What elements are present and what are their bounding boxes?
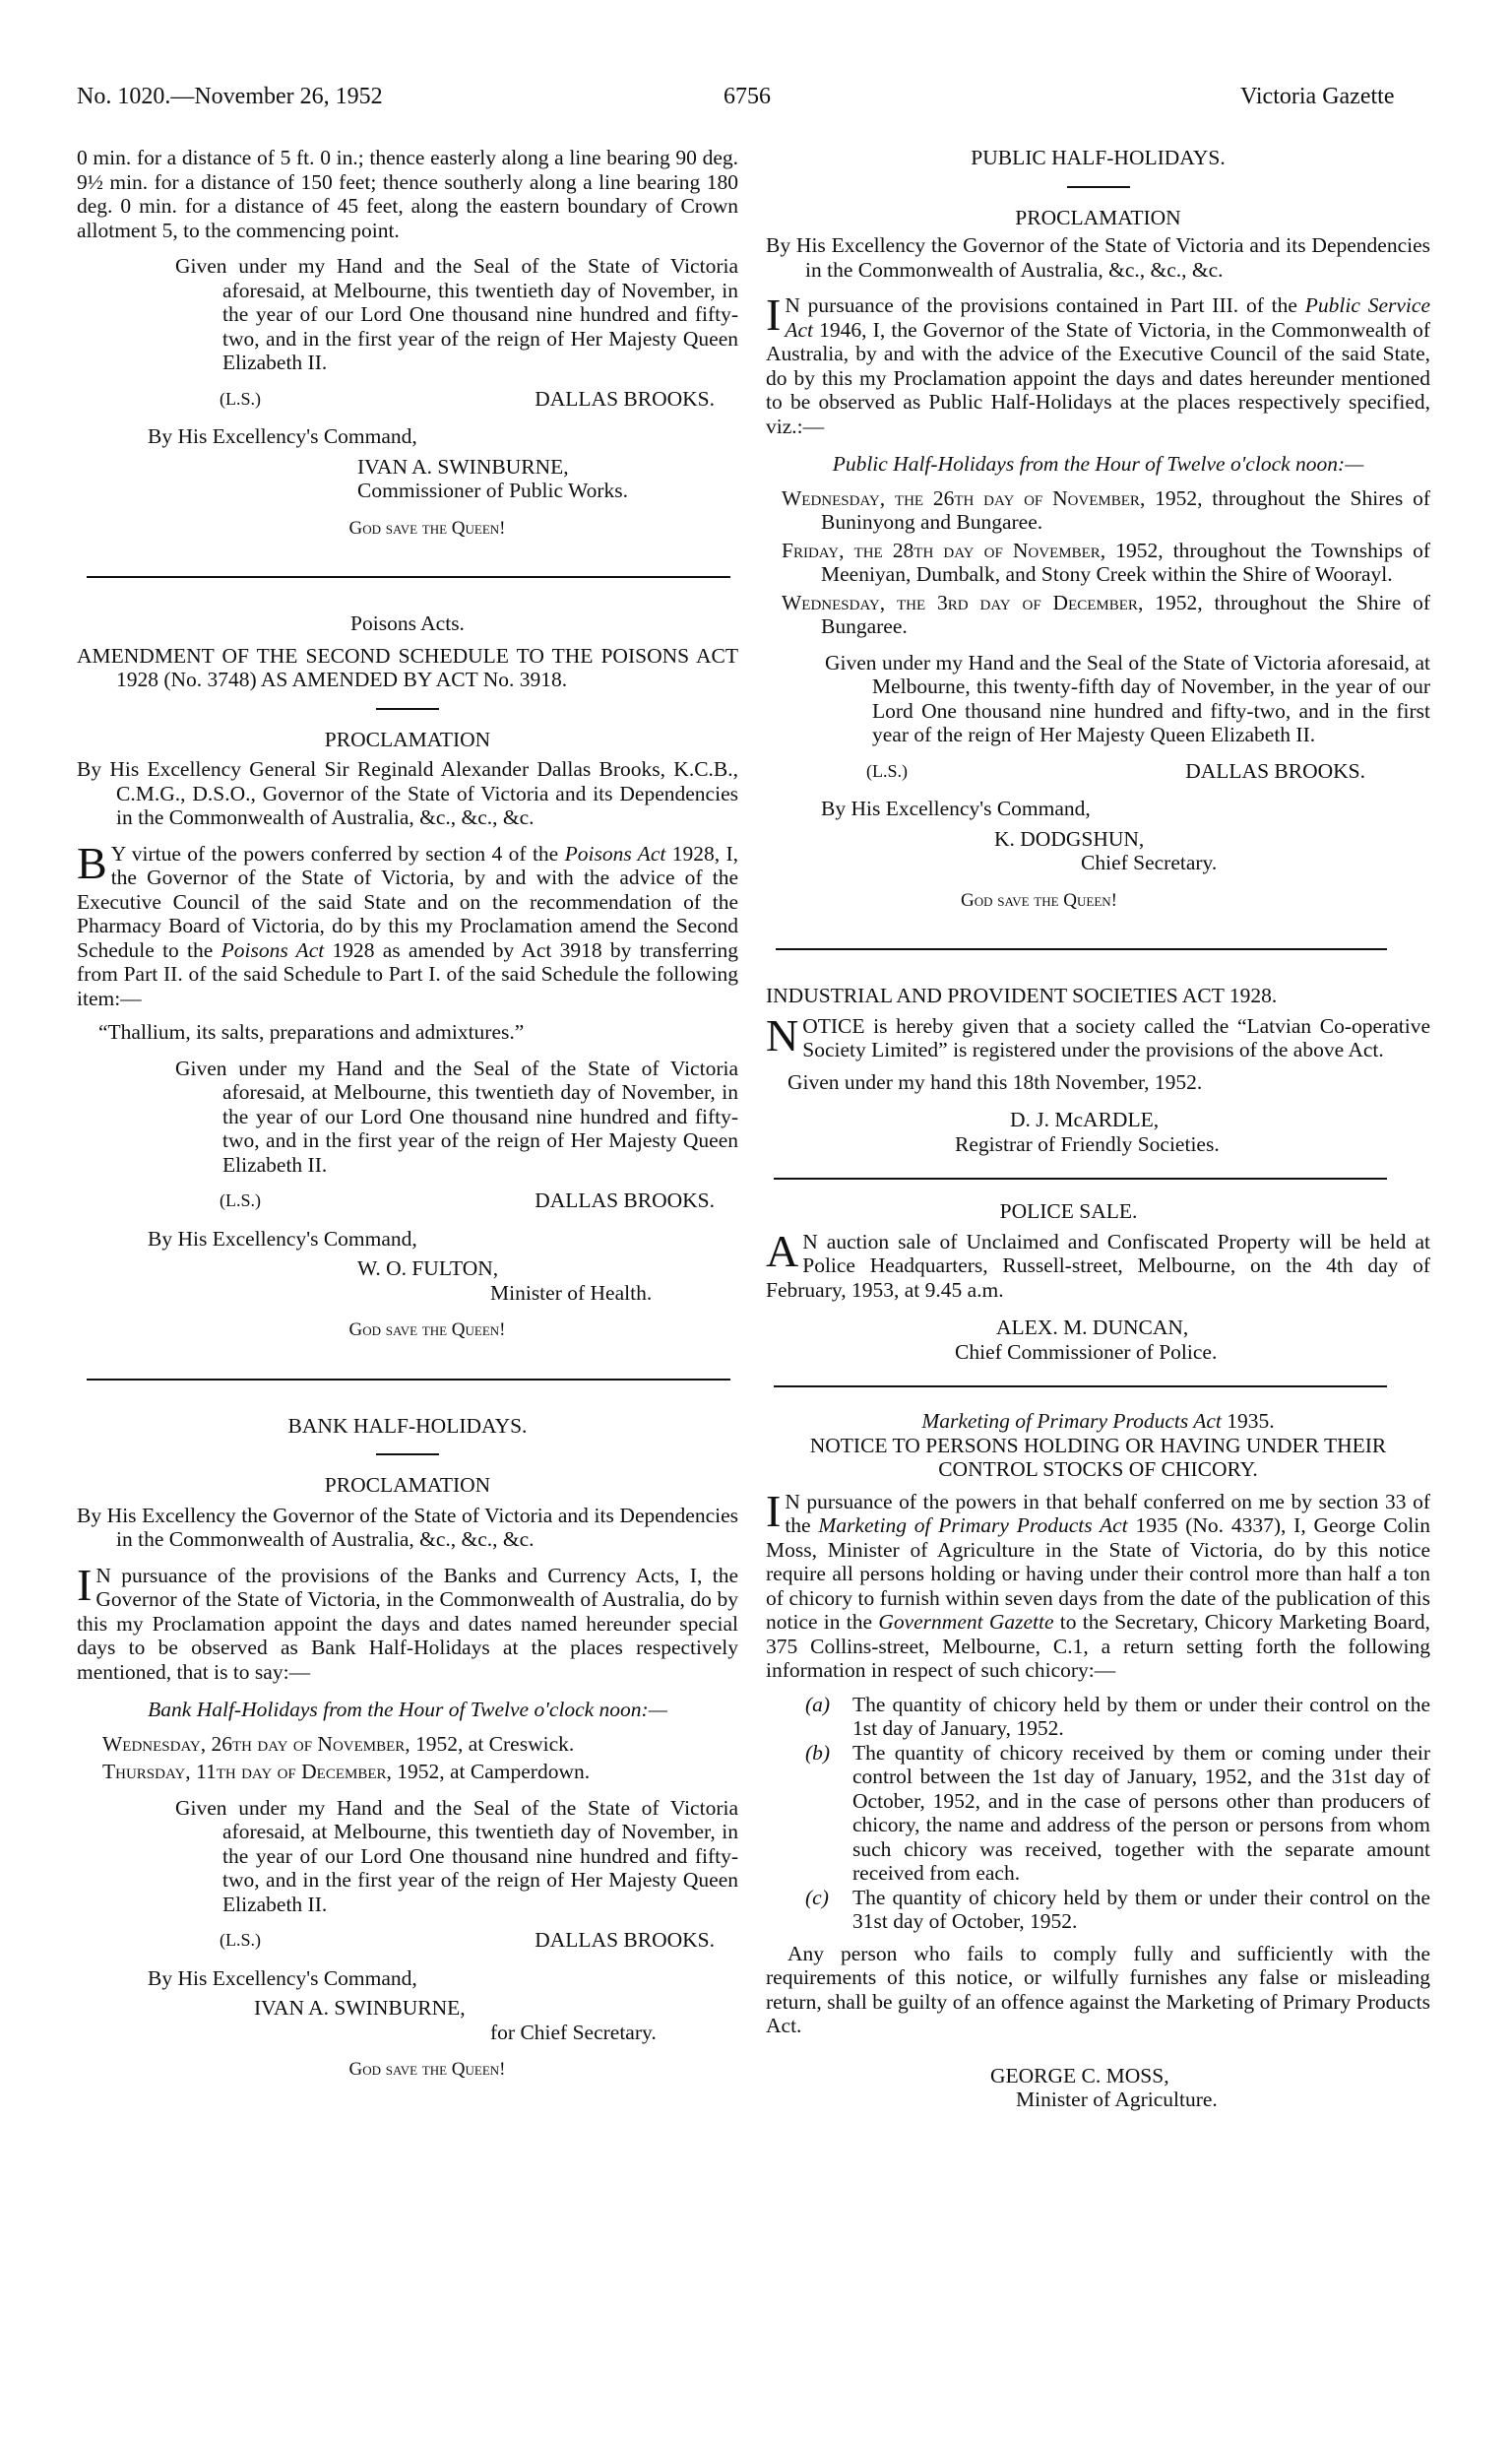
proclamation-heading: PROCLAMATION [77,728,738,752]
seal-mark: (L.S.) [220,1928,261,1953]
proclamation-body: BY virtue of the powers conferred by sec… [77,842,738,1011]
penalty-clause: Any person who fails to comply fully and… [766,1942,1430,2038]
command-line: By His Excellency's Command, [77,1966,738,1991]
proclamation-by: By His Excellency the Governor of the St… [77,1504,738,1552]
notice-title: BANK HALF-HOLIDAYS. [77,1414,738,1439]
information-list: (a)The quantity of chicory held by them … [766,1693,1430,1934]
signatory-name: K. DODGSHUN, [766,827,1430,852]
seal-mark: (L.S.) [220,387,261,412]
proclamation-heading: PROCLAMATION [77,1473,738,1498]
seal-mark: (L.S.) [866,759,908,784]
police-sale-notice: POLICE SALE. AN auction sale of Unclaime… [766,1199,1430,1364]
short-divider [376,708,439,710]
command-line: By His Excellency's Command, [77,424,738,449]
signatory-title: for Chief Secretary. [77,2021,738,2045]
notice-title: PUBLIC HALF-HOLIDAYS. [766,146,1430,170]
god-save-the-queen: God save the Queen! [77,2058,738,2083]
seal-line: (L.S.) DALLAS BROOKS. [77,1928,738,1953]
signatory-name: W. O. FULTON, [77,1256,738,1281]
page-number: 6756 [724,85,771,109]
drop-cap: A [766,1232,798,1271]
continuation-text: 0 min. for a distance of 5 ft. 0 in.; th… [77,146,738,242]
notice-title: AMENDMENT OF THE SECOND SCHEDULE TO THE … [77,644,738,692]
signatory-title: Chief Commissioner of Police. [766,1340,1430,1365]
drop-cap: N [766,1016,798,1056]
drop-cap: B [77,844,107,883]
signatory-title: Commissioner of Public Works. [77,479,738,503]
list-item: (b)The quantity of chicory received by t… [766,1741,1430,1886]
continued-notice: 0 min. for a distance of 5 ft. 0 in.; th… [77,146,738,541]
left-column: 0 min. for a distance of 5 ft. 0 in.; th… [77,146,738,2083]
list-item: (a)The quantity of chicory held by them … [766,1693,1430,1741]
god-save-the-queen: God save the Queen! [77,517,738,542]
holiday-entry: Wednesday, the 3rd day of December, 1952… [766,591,1430,639]
signatory-name: GEORGE C. MOSS, [766,2064,1430,2088]
given-clause: Given under my Hand and the Seal of the … [77,254,738,375]
seal-line: (L.S.) DALLAS BROOKS. [77,387,738,412]
section-divider [776,948,1387,950]
issue-header: No. 1020.—November 26, 1952 [77,85,383,109]
god-save-the-queen: God save the Queen! [766,889,1430,914]
proclamation-by: By His Excellency the Governor of the St… [766,233,1430,282]
notice-body: AN auction sale of Unclaimed and Confisc… [766,1230,1430,1303]
governor-signature: DALLAS BROOKS. [535,387,715,412]
section-divider [87,1379,730,1381]
section-divider [774,1178,1387,1180]
drop-cap: I [77,1566,92,1605]
holiday-entry: Friday, the 28th day of November, 1952, … [766,539,1430,587]
bank-half-holidays-notice: BANK HALF-HOLIDAYS. PROCLAMATION By His … [77,1414,738,2083]
notice-title: NOTICE TO PERSONS HOLDING OR HAVING UNDE… [766,1434,1430,1482]
governor-signature: DALLAS BROOKS. [535,1188,715,1213]
given-line: Given under my hand this 18th November, … [766,1070,1430,1095]
notice-title: INDUSTRIAL AND PROVIDENT SOCIETIES ACT 1… [766,984,1430,1008]
governor-signature: DALLAS BROOKS. [1185,759,1365,784]
notice-title: POLICE SALE. [766,1199,1430,1224]
given-clause: Given under my Hand and the Seal of the … [77,1057,738,1178]
chicory-notice: Marketing of Primary Products Act 1935. … [766,1409,1430,2112]
poisons-notice: Poisons Acts. AMENDMENT OF THE SECOND SC… [77,611,738,1343]
section-divider [774,1385,1387,1387]
signatory-title: Chief Secretary. [766,851,1430,875]
command-line: By His Excellency's Command, [77,1227,738,1252]
holiday-entry: Thursday, 11th day of December, 1952, at… [77,1760,738,1784]
seal-line: (L.S.) DALLAS BROOKS. [766,759,1430,784]
holiday-entry: Wednesday, 26th day of November, 1952, a… [77,1732,738,1757]
act-name: Poisons Acts. [77,611,738,636]
signatory-title: Minister of Health. [77,1281,738,1306]
signatory-name: D. J. McARDLE, [766,1108,1430,1132]
publication-title: Victoria Gazette [1240,85,1394,109]
governor-signature: DALLAS BROOKS. [535,1928,715,1953]
signatory-title: Minister of Agriculture. [766,2088,1430,2112]
god-save-the-queen: God save the Queen! [77,1318,738,1343]
proclamation-heading: PROCLAMATION [766,206,1430,230]
list-item: (c)The quantity of chicory held by them … [766,1886,1430,1934]
signatory-name: IVAN A. SWINBURNE, [77,455,738,480]
act-name: Marketing of Primary Products Act 1935. [766,1409,1430,1434]
drop-cap: I [766,295,781,335]
signatory-name: ALEX. M. DUNCAN, [766,1316,1430,1340]
short-divider [1067,186,1130,188]
drop-cap: I [766,1492,781,1531]
command-line: By His Excellency's Command, [766,797,1430,821]
given-clause: Given under my Hand and the Seal of the … [766,651,1430,747]
right-column: PUBLIC HALF-HOLIDAYS. PROCLAMATION By Hi… [766,146,1430,2112]
public-half-holidays-notice: PUBLIC HALF-HOLIDAYS. PROCLAMATION By Hi… [766,146,1430,913]
short-divider [376,1453,439,1455]
signatory-title: Registrar of Friendly Societies. [766,1132,1430,1157]
given-clause: Given under my Hand and the Seal of the … [77,1796,738,1917]
proclamation-body: IN pursuance of the provisions contained… [766,293,1430,438]
seal-mark: (L.S.) [220,1188,261,1213]
schedule-item: “Thallium, its salts, preparations and a… [77,1020,738,1045]
signatory-name: IVAN A. SWINBURNE, [77,1996,738,2021]
proclamation-by: By His Excellency General Sir Reginald A… [77,757,738,830]
seal-line: (L.S.) DALLAS BROOKS. [77,1188,738,1213]
section-divider [87,576,730,578]
holiday-subheading: Public Half-Holidays from the Hour of Tw… [766,452,1430,477]
industrial-societies-notice: INDUSTRIAL AND PROVIDENT SOCIETIES ACT 1… [766,984,1430,1156]
notice-body: NOTICE is hereby given that a society ca… [766,1014,1430,1062]
notice-body: IN pursuance of the powers in that behal… [766,1490,1430,1683]
proclamation-body: IN pursuance of the provisions of the Ba… [77,1564,738,1685]
holiday-subheading: Bank Half-Holidays from the Hour of Twel… [77,1698,738,1722]
holiday-entry: Wednesday, the 26th day of November, 195… [766,486,1430,535]
